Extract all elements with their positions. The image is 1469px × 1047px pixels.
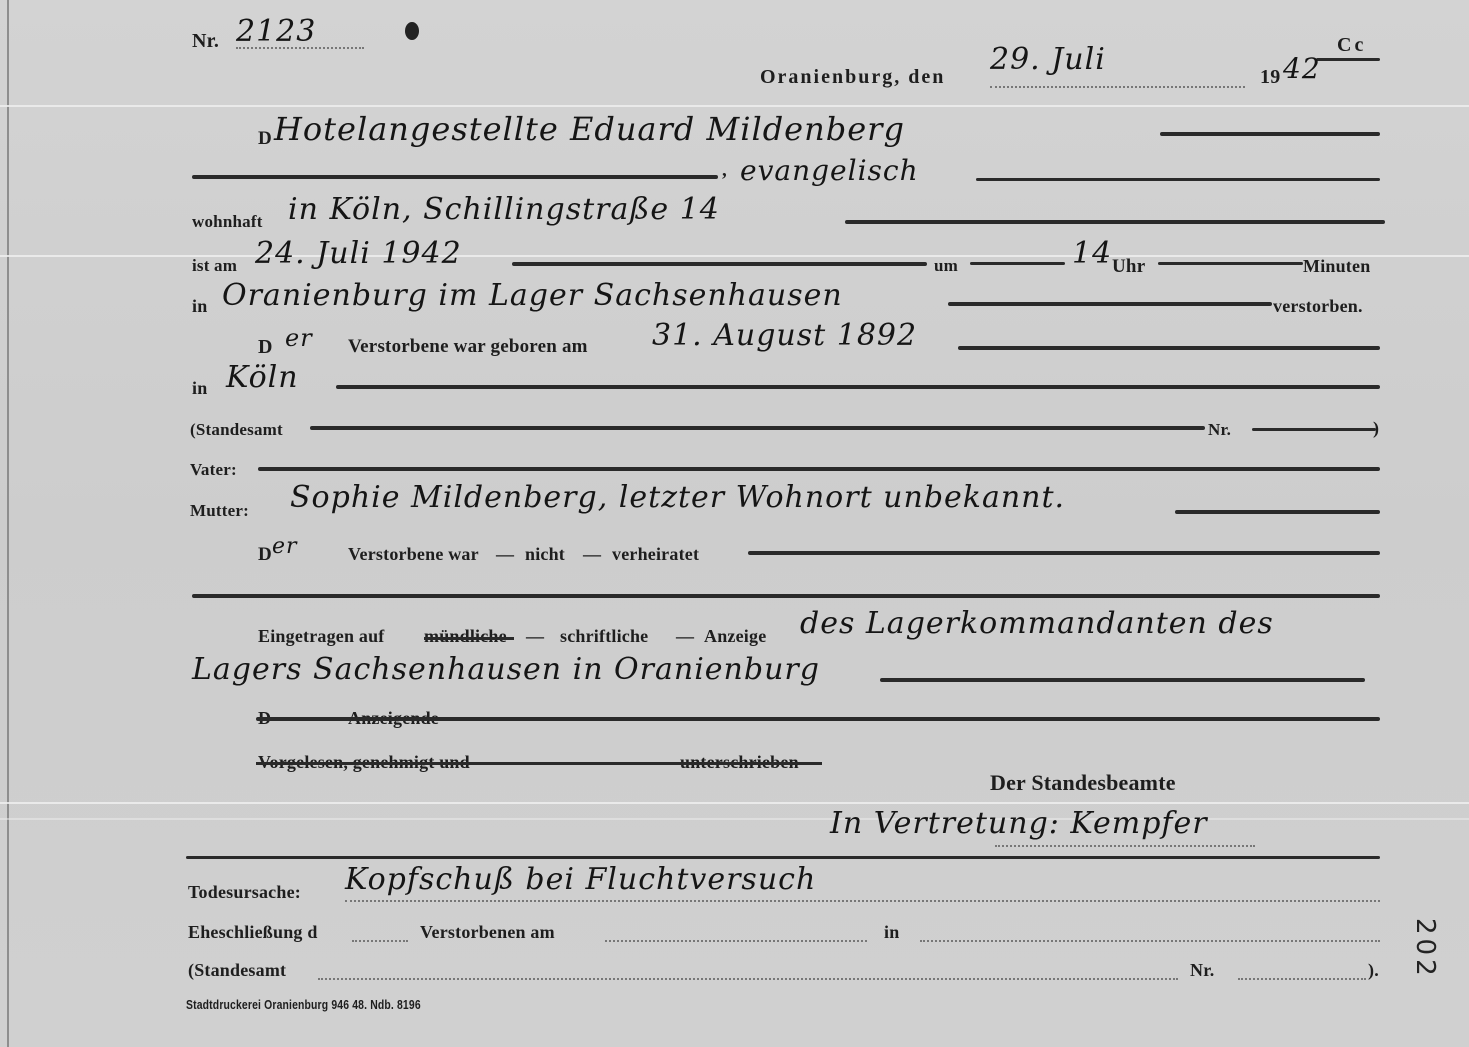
dotted-line: [1238, 978, 1366, 980]
fill-line: [958, 346, 1380, 350]
dotted-line: [995, 845, 1255, 847]
marriage-registry-label: (Standesamt: [188, 960, 286, 981]
informant-line-2: Lagers Sachsenhausen in Oranienburg: [192, 652, 820, 687]
death-place-label: in: [192, 296, 207, 317]
fill-line: [845, 220, 1385, 224]
dotted-line: [920, 940, 1380, 942]
death-record-card: Nr. 2123 Cc Oranienburg, den 29. Juli 19…: [0, 0, 1469, 1047]
entered-report: Anzeige: [704, 626, 766, 647]
fill-line: [512, 262, 927, 266]
fill-line: [880, 678, 1365, 682]
dotted-line: [352, 940, 408, 942]
dotted-line: [318, 978, 1178, 980]
married-dash-2: —: [583, 544, 601, 565]
mother: Sophie Mildenberg, letzter Wohnort unbek…: [290, 480, 1065, 515]
fill-line: [948, 302, 1272, 306]
fill-line: [192, 175, 718, 179]
series-code: Cc: [1337, 34, 1366, 57]
birth-place: Köln: [226, 360, 299, 395]
fill-line: [976, 178, 1380, 181]
scan-glare: [0, 802, 1469, 804]
married-label: Verstorbene war: [348, 544, 479, 565]
father-label: Vater:: [190, 460, 237, 480]
died-label: verstorben.: [1273, 296, 1363, 317]
card-edge: [7, 0, 9, 1047]
mother-label: Mutter:: [190, 501, 249, 521]
fill-line: [1252, 428, 1376, 431]
entered-written: schriftliche: [560, 626, 648, 647]
year-prefix: 19: [1260, 66, 1280, 89]
entered-dash-1: —: [526, 626, 544, 647]
marriage-in: in: [884, 922, 899, 943]
registry-office-label: (Standesamt: [190, 420, 283, 440]
time-minutes: Minuten: [1303, 256, 1370, 277]
fill-line: [1175, 510, 1380, 514]
cause-label: Todesursache:: [188, 882, 301, 903]
dotted-line: [236, 47, 364, 49]
scan-glare: [0, 105, 1469, 107]
fill-line: [310, 426, 1205, 430]
time-hour: 14: [1072, 236, 1112, 271]
register-number-label: Nr.: [192, 30, 219, 53]
cause: Kopfschuß bei Fluchtversuch: [345, 862, 816, 897]
birth-prefix: D: [258, 336, 273, 359]
strikethrough: [424, 637, 514, 640]
fill-line: [258, 467, 1380, 471]
scan-glare: [0, 818, 1469, 820]
registrar-label: Der Standesbeamte: [990, 770, 1176, 796]
informant-line-1: des Lagerkommandanten des: [800, 606, 1274, 641]
strikethrough: [256, 762, 822, 765]
death-place: Oranienburg im Lager Sachsenhausen: [222, 278, 843, 313]
year-suffix: 42: [1283, 52, 1321, 85]
birth-label: Verstorbene war geboren am: [348, 336, 588, 358]
registry-close: ): [1373, 418, 1379, 439]
married-article: er: [272, 534, 298, 559]
entered-label: Eingetragen auf: [258, 626, 385, 647]
comma: ,: [722, 160, 727, 182]
marriage-close: ).: [1368, 960, 1379, 981]
residence-label: wohnhaft: [192, 212, 263, 232]
underline: [1316, 58, 1380, 61]
residence: in Köln, Schillingstraße 14: [288, 192, 720, 227]
birth-date: 31. August 1892: [652, 318, 917, 353]
married-dash-1: —: [496, 544, 514, 565]
registry-nr-label: Nr.: [1208, 420, 1231, 440]
fill-line: [192, 594, 1380, 598]
dotted-line: [345, 900, 1380, 902]
registrar-signature: In Vertretung: Kempfer: [830, 806, 1208, 841]
dotted-line: [605, 940, 867, 942]
occupation-name: Hotelangestellte Eduard Mildenberg: [274, 110, 905, 148]
register-number: 2123: [236, 14, 316, 49]
fill-line: [1160, 132, 1380, 136]
married-prefix: D: [258, 544, 272, 566]
fill-line: [970, 262, 1065, 265]
divider: [186, 856, 1380, 859]
date-day-month: 29. Juli: [990, 42, 1106, 77]
birth-article: er: [285, 324, 313, 352]
margin-number: 202: [1410, 918, 1440, 980]
ink-blot: [405, 22, 419, 40]
fill-line: [748, 551, 1380, 555]
death-date-label: ist am: [192, 256, 237, 276]
printer-imprint: Stadtdruckerei Oranienburg 946 48. Ndb. …: [186, 997, 421, 1012]
marriage-deceased: Verstorbenen am: [420, 922, 555, 943]
dotted-line: [990, 86, 1245, 88]
married-not: nicht: [525, 544, 565, 565]
death-date: 24. Juli 1942: [255, 236, 462, 271]
fill-line: [336, 385, 1380, 389]
marriage-nr-label: Nr.: [1190, 960, 1214, 981]
place-date-label: Oranienburg, den: [760, 66, 945, 89]
religion: evangelisch: [740, 154, 919, 187]
fill-line: [1158, 262, 1303, 265]
time-um: um: [934, 256, 958, 276]
entered-dash-2: —: [676, 626, 694, 647]
article-prefix: D: [258, 128, 272, 150]
married-status: verheiratet: [612, 544, 699, 565]
birth-place-label: in: [192, 378, 207, 399]
marriage-label: Eheschließung d: [188, 922, 318, 943]
time-uhr: Uhr: [1112, 256, 1145, 278]
strikethrough: [256, 717, 1380, 721]
